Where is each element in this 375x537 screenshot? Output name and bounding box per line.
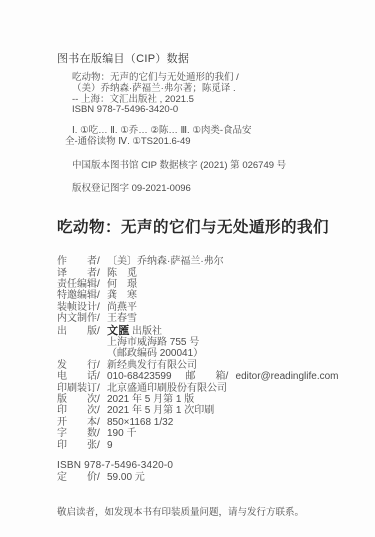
format-value: 850×1168 1/32 bbox=[107, 417, 173, 428]
label-slash: / bbox=[97, 279, 101, 290]
cip-classification-line2: 全-通俗读物 Ⅳ. ①TS201.6-49 bbox=[65, 136, 361, 147]
colophon-row-impression: 印 次/2021 年 5 月第 1 次印刷 bbox=[57, 405, 361, 416]
distributor-value: 新经典发行有限公司 bbox=[107, 360, 197, 371]
label-slash: / bbox=[97, 383, 101, 394]
colophon-row-edition: 版 次/2021 年 5 月第 1 版 bbox=[57, 394, 361, 405]
colophon-row-sheets: 印 张/9 bbox=[57, 440, 361, 451]
edition-value: 2021 年 5 月第 1 版 bbox=[107, 394, 194, 405]
editor-value: 何 璟 bbox=[107, 279, 137, 290]
distributor-label: 发 行 bbox=[57, 360, 97, 371]
impression-label: 印 次 bbox=[57, 405, 97, 416]
label-slash: / bbox=[97, 360, 101, 371]
colophon-row-typesetter: 内文制作/王春雪 bbox=[57, 313, 361, 324]
publisher-value: 文匯出版社 bbox=[107, 326, 162, 337]
book-title: 吃动物：无声的它们与无处遁形的我们 bbox=[57, 215, 361, 237]
label-slash: / bbox=[97, 405, 101, 416]
designer-label: 装帧设计 bbox=[57, 302, 97, 313]
label-slash: / bbox=[97, 302, 101, 313]
colophon-row-author: 作 者/〔美〕乔纳森·萨福兰·弗尔 bbox=[57, 256, 361, 267]
price-label: 定 价 bbox=[57, 472, 97, 483]
typesetter-label: 内文制作 bbox=[57, 313, 97, 324]
page-content: 图书在版编目（CIP）数据 吃动物：无声的它们与无处遁形的我们 / （美）乔纳森… bbox=[57, 50, 361, 518]
publisher-postcode: （邮政编码 200041） bbox=[57, 348, 361, 359]
label-slash: / bbox=[97, 256, 101, 267]
label-slash: / bbox=[97, 417, 101, 428]
printer-label: 印刷装订 bbox=[57, 383, 97, 394]
impression-value: 2021 年 5 月第 1 次印刷 bbox=[107, 405, 214, 416]
label-slash: / bbox=[97, 440, 101, 451]
phone-label: 电 话 bbox=[57, 371, 97, 382]
word-count-value: 190 千 bbox=[107, 428, 136, 439]
colophon-row-printer: 印刷装订/北京盛通印刷股份有限公司 bbox=[57, 383, 361, 394]
label-slash: / bbox=[97, 326, 101, 337]
translator-label: 译 者 bbox=[57, 268, 97, 279]
email-label: 邮 箱 bbox=[186, 371, 226, 382]
label-slash: / bbox=[97, 290, 101, 301]
publisher-address: 上海市威海路 755 号 bbox=[57, 337, 361, 348]
colophon-row-editor: 责任编辑/何 璟 bbox=[57, 279, 361, 290]
reader-notice: 敬启读者，如发现本书有印装质量问题，请与发行方联系。 bbox=[57, 504, 361, 518]
cip-record-author-line: （美）乔纳森·萨福兰·弗尔著；陈觅译 . bbox=[72, 84, 361, 95]
sheets-value: 9 bbox=[107, 440, 113, 451]
guest-editor-value: 龚 寒 bbox=[107, 290, 137, 301]
printer-value: 北京盛通印刷股份有限公司 bbox=[107, 383, 227, 394]
wenhui-press-logo: 文匯 bbox=[107, 324, 130, 337]
colophon-row-designer: 装帧设计/尚燕平 bbox=[57, 302, 361, 313]
publisher-name: 出版社 bbox=[132, 326, 162, 337]
cip-classification-block: Ⅰ. ①吃… Ⅱ. ①乔… ②陈… Ⅲ. ①肉类-食品安 全-通俗读物 Ⅳ. ①… bbox=[65, 125, 361, 147]
colophon-row-phone-email: 电 话/010-68423599邮 箱/editor@readinglife.c… bbox=[57, 371, 361, 382]
translator-value: 陈 觅 bbox=[107, 268, 137, 279]
label-slash: / bbox=[97, 313, 101, 324]
colophon-row-word-count: 字 数/190 千 bbox=[57, 428, 361, 439]
editor-label: 责任编辑 bbox=[57, 279, 97, 290]
email-value: editor@readinglife.com bbox=[236, 371, 339, 382]
colophon-row-guest-editor: 特邀编辑/龚 寒 bbox=[57, 290, 361, 301]
cip-record-isbn-line: ISBN 978-7-5496-3420-0 bbox=[72, 105, 361, 116]
isbn-price-block: ISBN 978-7-5496-3420-0 定 价/59.00 元 bbox=[57, 460, 361, 483]
colophon-row-format: 开 本/850×1168 1/32 bbox=[57, 417, 361, 428]
publisher-label: 出 版 bbox=[57, 326, 97, 337]
cip-header: 图书在版编目（CIP）数据 bbox=[57, 50, 361, 66]
edition-label: 版 次 bbox=[57, 394, 97, 405]
designer-value: 尚燕平 bbox=[107, 302, 137, 313]
price-value: 59.00 元 bbox=[107, 472, 145, 483]
author-label: 作 者 bbox=[57, 256, 97, 267]
phone-value: 010-68423599 bbox=[107, 371, 172, 382]
cip-registry-line: 中国版本图书馆 CIP 数据核字 (2021) 第 026749 号 bbox=[72, 157, 361, 171]
label-slash: / bbox=[97, 371, 101, 382]
cip-record-block: 吃动物：无声的它们与无处遁形的我们 / （美）乔纳森·萨福兰·弗尔著；陈觅译 .… bbox=[72, 73, 361, 116]
colophon-row-publisher: 出 版/文匯出版社 bbox=[57, 325, 361, 337]
author-value: 〔美〕乔纳森·萨福兰·弗尔 bbox=[107, 256, 224, 267]
format-label: 开 本 bbox=[57, 417, 97, 428]
copyright-page: 图书在版编目（CIP）数据 吃动物：无声的它们与无处遁形的我们 / （美）乔纳森… bbox=[0, 0, 375, 537]
colophon-row-translator: 译 者/陈 觅 bbox=[57, 268, 361, 279]
colophon-row-distributor: 发 行/新经典发行有限公司 bbox=[57, 360, 361, 371]
word-count-label: 字 数 bbox=[57, 428, 97, 439]
sheets-label: 印 张 bbox=[57, 440, 97, 451]
label-slash: / bbox=[97, 428, 101, 439]
guest-editor-label: 特邀编辑 bbox=[57, 290, 97, 301]
label-slash: / bbox=[226, 371, 230, 382]
typesetter-value: 王春雪 bbox=[107, 313, 137, 324]
label-slash: / bbox=[97, 472, 101, 483]
label-slash: / bbox=[97, 394, 101, 405]
colophon-table: 作 者/〔美〕乔纳森·萨福兰·弗尔 译 者/陈 觅 责任编辑/何 璟 特邀编辑/… bbox=[57, 256, 361, 483]
cip-classification-line1: Ⅰ. ①吃… Ⅱ. ①乔… ②陈… Ⅲ. ①肉类-食品安 bbox=[65, 125, 361, 136]
copyright-registration-line: 版权登记图字 09-2021-0096 bbox=[72, 180, 361, 194]
isbn-line: ISBN 978-7-5496-3420-0 bbox=[57, 460, 361, 471]
colophon-row-price: 定 价/59.00 元 bbox=[57, 472, 361, 483]
label-slash: / bbox=[97, 268, 101, 279]
